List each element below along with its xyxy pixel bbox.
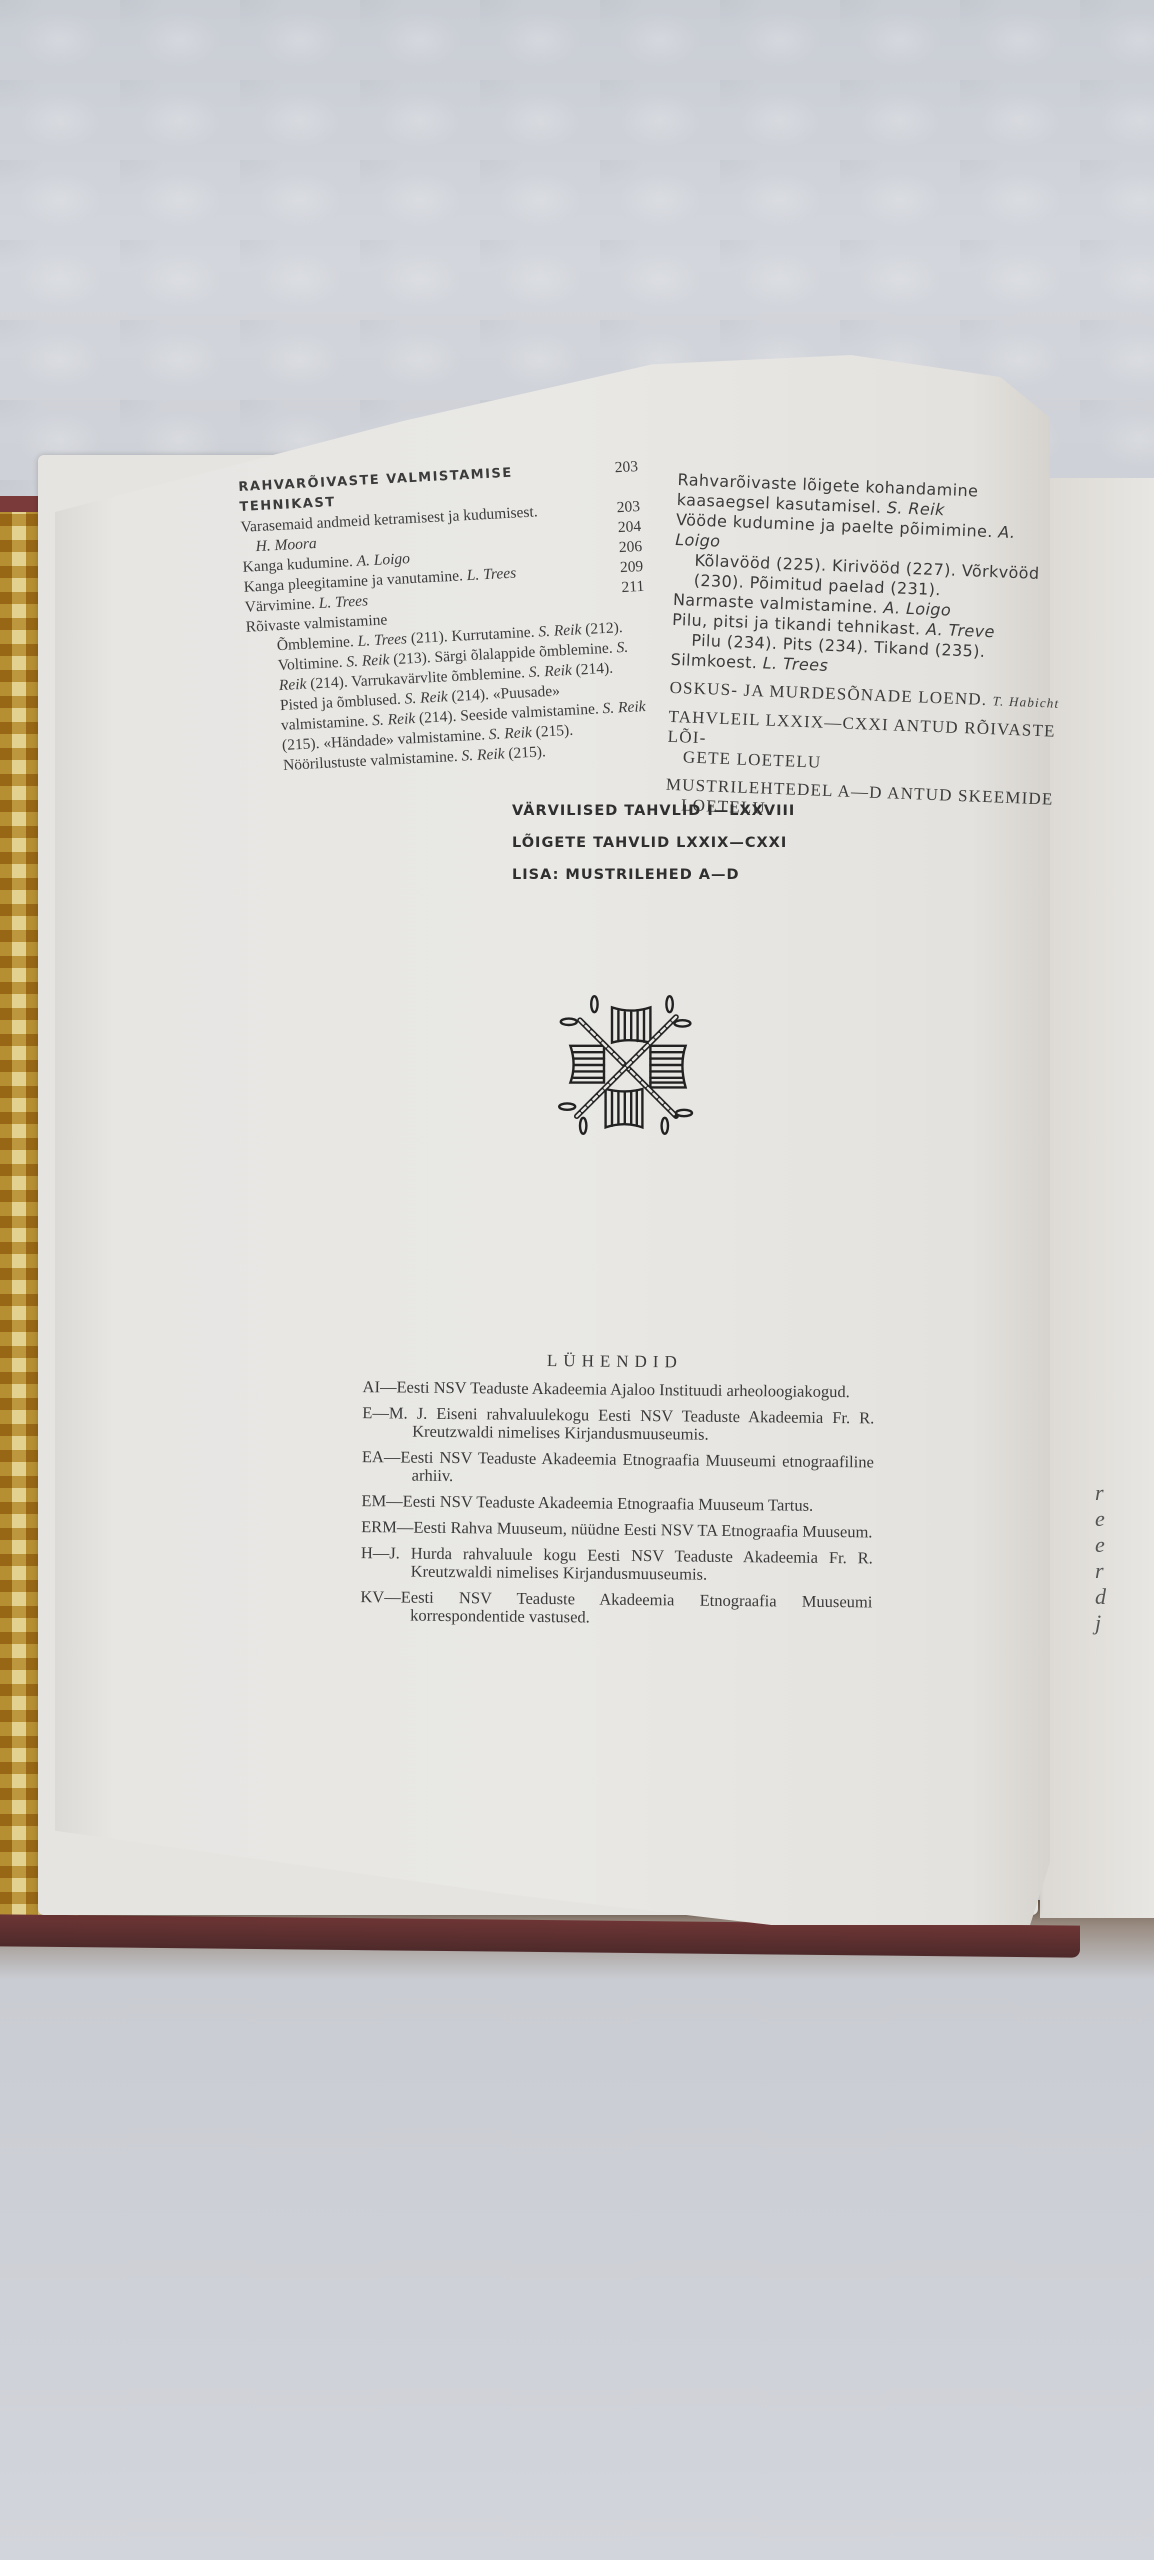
page-number: 209 (603, 557, 644, 579)
abbreviation-text: Eesti NSV Teaduste Akadeemia Etnograafia… (401, 1587, 873, 1626)
abbreviation-entry: KV—Eesti NSV Teaduste Akadeemia Etnograa… (352, 1588, 872, 1629)
abbreviation-code: EM (361, 1491, 386, 1510)
toc-item-author: A. Loigo (356, 550, 410, 570)
page-number: 203 (598, 457, 640, 499)
dash: — (386, 1491, 403, 1510)
toc-right-column: Rahvarõivaste lõigete kohandamine kaasae… (665, 470, 1068, 830)
dash: — (373, 1543, 390, 1562)
abbreviation-text: Eesti NSV Teaduste Akadeemia Ajaloo Inst… (396, 1377, 849, 1401)
toc-author: S. Reik (538, 621, 582, 640)
toc-author: L. Trees (357, 630, 407, 650)
abbreviation-code: ERM (361, 1517, 397, 1536)
toc-author: S. Reik (528, 662, 572, 681)
toc-author: S. Reik (488, 724, 532, 743)
plates-item: LÕIGETE TAHVLID LXXIX—CXXI (512, 827, 795, 859)
abbreviation-text: Eesti NSV Teaduste Akadeemia Etnograafia… (400, 1447, 874, 1485)
toc-item-label: Värvimine. (244, 595, 315, 616)
abbreviation-entry: ERM—Eesti Rahva Muuseum, nüüdne Eesti NS… (353, 1518, 873, 1541)
toc-item-author: A. Treve (926, 620, 996, 642)
toc-author: S. Reik (461, 745, 505, 764)
toc-item-author: L. Trees (466, 565, 516, 585)
plates-item: VÄRVILISED TAHVLID I—LXXVIII (512, 795, 795, 827)
toc-item-label: OSKUS- JA MURDESÕNADE LOEND. (669, 678, 987, 709)
page-number: 206 (602, 537, 643, 559)
dash: — (384, 1587, 401, 1606)
embroidery-ornament-icon (548, 985, 708, 1145)
toc-item-author: A. Loigo (883, 598, 951, 620)
page-number: 204 (601, 517, 642, 539)
abbreviations-section: LÜHENDID AI—Eesti NSV Teaduste Akadeemia… (352, 1350, 875, 1637)
toc-paragraph: Õmblemine. L. Trees (211). Kurrutamine. … (246, 617, 653, 778)
abbreviation-text: M. J. Eiseni rahvaluulekogu Eesti NSV Te… (389, 1403, 875, 1443)
abbreviation-text: J. Hurda rahvaluule kogu Eesti NSV Teadu… (389, 1543, 873, 1583)
page-content: RAHVARÕIVASTE VALMISTAMISE TEHNIKAST 203… (0, 0, 1154, 2560)
abbreviation-code: E (362, 1403, 372, 1422)
plates-item: LISA: MUSTRILEHED A—D (512, 859, 795, 891)
abbreviation-code: H (361, 1543, 373, 1562)
dash: — (384, 1447, 401, 1466)
plates-list: VÄRVILISED TAHVLID I—LXXVIII LÕIGETE TAH… (512, 795, 795, 891)
toc-item-label: Silmkoest. (670, 650, 757, 672)
abbreviation-code: KV (360, 1587, 384, 1606)
abbreviation-entry: H—J. Hurda rahvaluule kogu Eesti NSV Tea… (353, 1544, 873, 1585)
toc-text: (215). (504, 743, 546, 762)
toc-author: S. Reik (372, 710, 416, 729)
toc-author: S. Reik (404, 688, 448, 707)
toc-text: Õmblemine. (276, 633, 358, 654)
abbreviations-title: LÜHENDID (355, 1350, 875, 1373)
toc-left-column: RAHVARÕIVASTE VALMISTAMISE TEHNIKAST 203… (238, 457, 653, 778)
abbreviation-entry: AI—Eesti NSV Teaduste Akadeemia Ajaloo I… (355, 1378, 875, 1401)
abbreviation-entry: E—M. J. Eiseni rahvaluulekogu Eesti NSV … (354, 1404, 874, 1445)
toc-caps-item: TAHVLEIL LXXIX—CXXI ANTUD RÕIVASTE LÕI-G… (667, 707, 1059, 782)
dash: — (397, 1517, 414, 1536)
dash: — (380, 1377, 397, 1396)
toc-item-author: L. Trees (762, 653, 828, 674)
dash: — (372, 1403, 389, 1422)
page-number: 203 (600, 497, 641, 519)
abbreviation-entry: EM—Eesti NSV Teaduste Akadeemia Etnograa… (353, 1492, 873, 1515)
toc-item-author: L. Trees (318, 592, 368, 612)
toc-author: S. Reik (346, 651, 390, 670)
abbreviation-text: Eesti Rahva Muuseum, nüüdne Eesti NSV TA… (413, 1518, 872, 1542)
abbreviation-text: Eesti NSV Teaduste Akadeemia Etnograafia… (403, 1492, 814, 1515)
page-number: 211 (604, 577, 645, 599)
toc-item-author: T. Habicht (992, 693, 1059, 711)
toc-author: S. Reik (602, 698, 646, 717)
toc-item-author: S. Reik (887, 498, 945, 519)
abbreviation-entry: EA—Eesti NSV Teaduste Akadeemia Etnograa… (354, 1448, 874, 1489)
abbreviation-code: AI (363, 1377, 381, 1396)
toc-item-author: H. Moora (255, 535, 317, 555)
abbreviation-code: EA (362, 1447, 384, 1466)
